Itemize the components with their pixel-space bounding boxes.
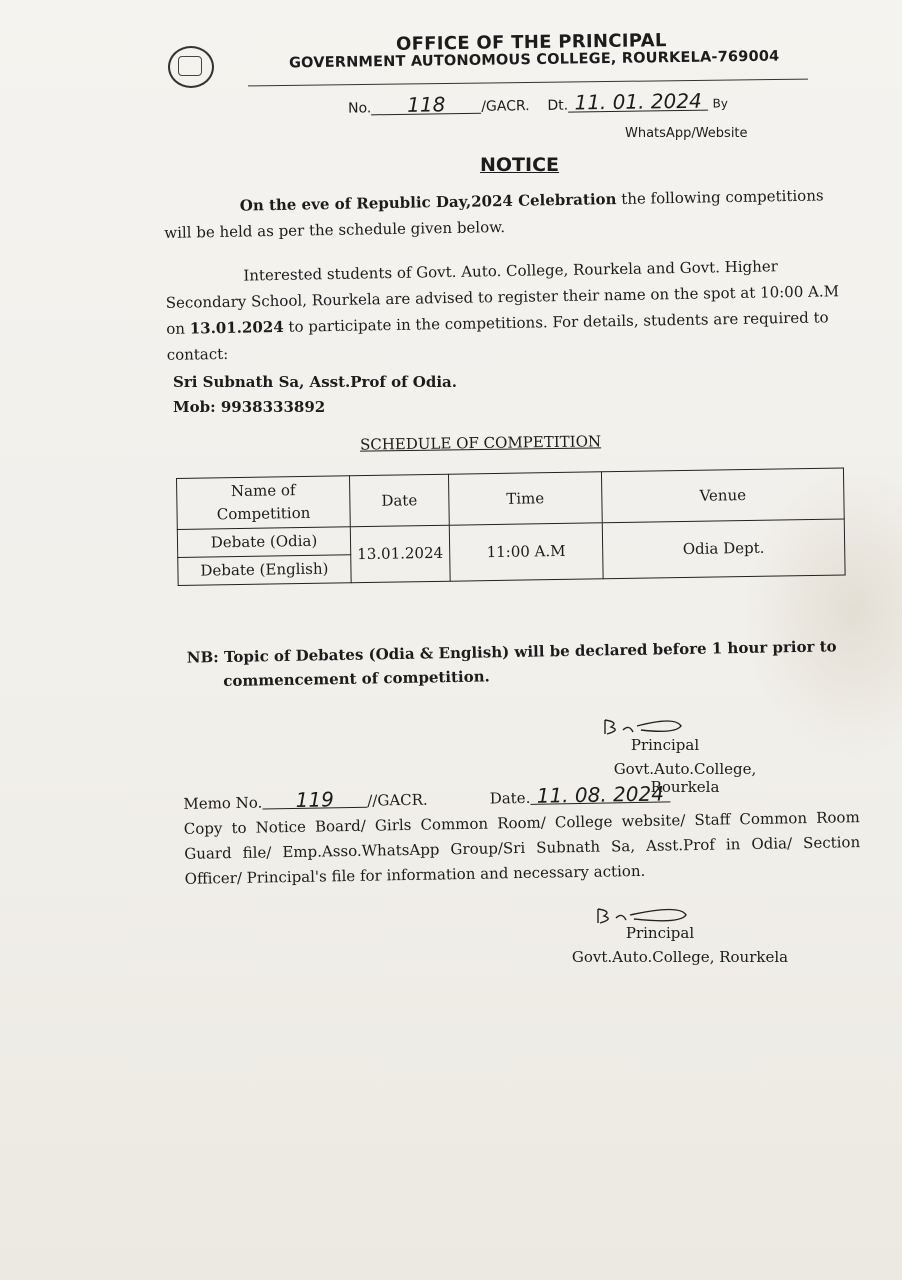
date-cell: 13.01.2024 [350,525,450,583]
schedule-title: SCHEDULE OF COMPETITION [360,432,601,453]
ref-no-label: No. [348,100,371,116]
contact-name: Sri Subnath Sa, Asst.Prof of Odia. [173,370,457,395]
ref-suffix: /GACR. [481,98,530,115]
signatory-role: Principal [545,736,785,754]
college-emblem-icon [168,46,214,88]
signature-icon [585,718,685,736]
copy-to-text: Copy to Notice Board/ Girls Common Room/… [184,808,861,888]
header-divider [248,79,808,87]
competition-cell: Debate (English) [178,555,351,586]
schedule-table: Name of Competition Date Time Venue Deba… [176,468,846,586]
venue-cell: Odia Dept. [602,519,845,579]
competition-cell: Debate (Odia) [177,527,350,558]
date-label: Dt. [547,98,568,114]
registration-paragraph: Interested students of Govt. Auto. Colle… [165,252,847,368]
col-competition: Name of Competition [177,476,351,530]
col-time: Time [448,472,602,525]
notice-document: OFFICE OF THE PRINCIPAL GOVERNMENT AUTON… [0,0,902,1280]
notice-date: 11. 01. 2024 [568,92,708,113]
reference-line: No.118/GACR. Dt.11. 01. 2024 By [348,91,728,116]
memo-section: Memo No.119//GACR. Date.11. 08. 2024 Cop… [183,780,861,892]
signatory-role: Principal [530,924,790,942]
distribution-channel: WhatsApp/Website [625,126,748,141]
signature-icon [570,906,690,924]
nb-note: NB: Topic of Debates (Odia & English) wi… [187,634,838,693]
contact-info: Sri Subnath Sa, Asst.Prof of Odia. Mob: … [173,370,457,420]
memo-number: 119 [262,791,367,810]
time-cell: 11:00 A.M [449,523,603,581]
notice-title: NOTICE [480,154,559,176]
ref-no-value: 118 [371,95,481,116]
by-label: By [713,96,729,110]
intro-paragraph: On the eve of Republic Day,2024 Celebrat… [164,182,845,246]
memo-date: 11. 08. 2024 [530,785,670,804]
col-date: Date [349,474,449,527]
col-venue: Venue [601,468,844,523]
signatory-institution: Govt.Auto.College, Rourkela [570,948,790,966]
college-name: GOVERNMENT AUTONOMOUS COLLEGE, ROURKELA-… [289,49,780,72]
contact-mobile: Mob: 9938333892 [173,395,457,420]
principal-signature-block-2: Principal Govt.Auto.College, Rourkela [570,906,790,966]
